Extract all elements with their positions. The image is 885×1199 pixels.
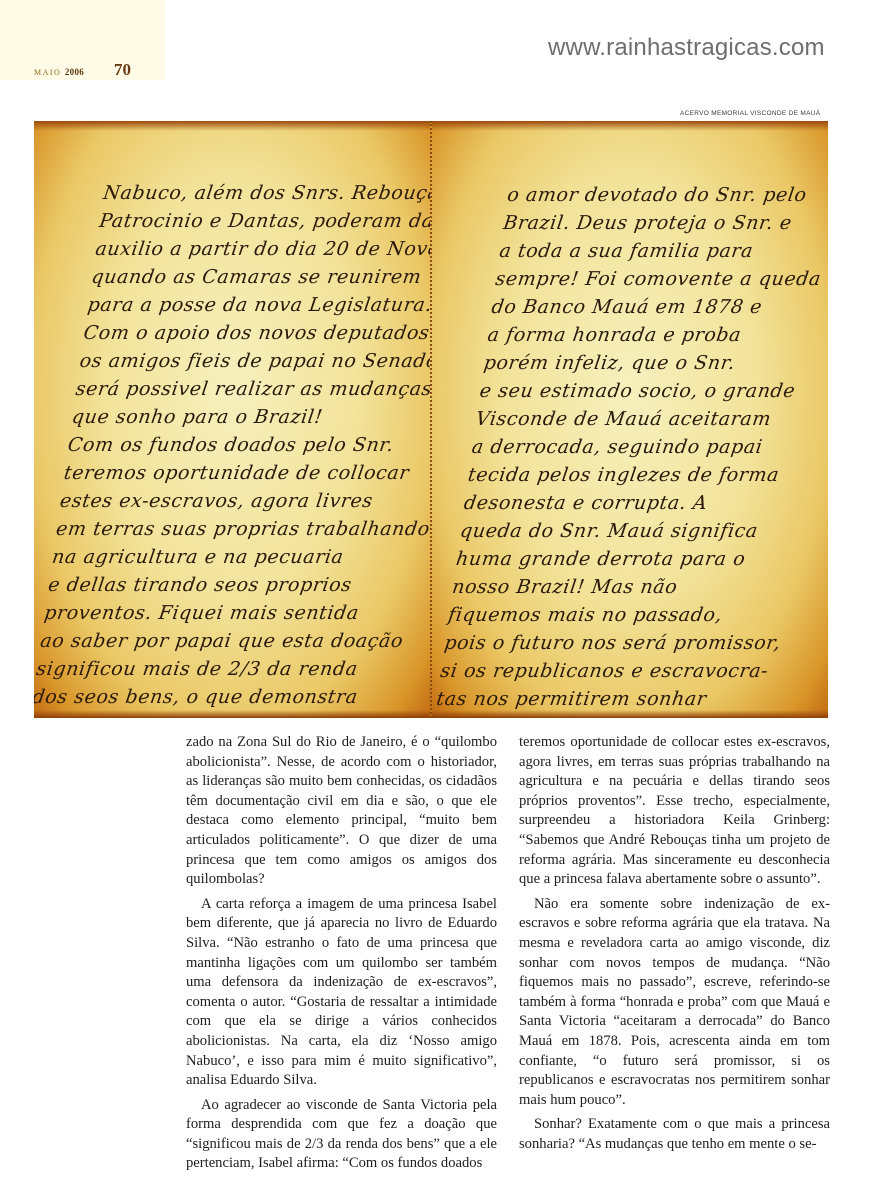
handwritten-line: Com os fundos doados pelo Snr.: [66, 431, 406, 459]
article-paragraph: zado na Zona Sul do Rio de Janeiro, é o …: [186, 733, 497, 890]
handwritten-line: Nabuco, além dos Snrs. Rebouças: [101, 179, 432, 207]
handwritten-line: queda do Snr. Mauá significa: [458, 517, 792, 545]
handwritten-line: proventos. Fiquei mais sentida: [42, 599, 382, 627]
handwritten-line: significou mais de 2/3 da renda: [35, 655, 375, 683]
letter-page-left: Nabuco, além dos Snrs. RebouçasPatrocini…: [34, 121, 432, 718]
paper-stain: [34, 121, 430, 131]
handwritten-line: e seu estimado socio, o grande: [478, 377, 812, 405]
handwritten-line: tas nos permitirem sonhar: [435, 685, 769, 713]
article-column-right: teremos oportunidade de collocar estes e…: [519, 733, 830, 1179]
handwritten-line: nosso Brazil! Mas não: [450, 573, 784, 601]
handwritten-line: e dellas tirando seos proprios: [46, 571, 386, 599]
article-paragraph: Sonhar? Exatamente com o que mais a prin…: [519, 1115, 830, 1154]
handwritten-line: a toda a sua familia para: [498, 237, 828, 265]
handwritten-line: os amigos fieis de papai no Senado: [78, 347, 418, 375]
handwritten-line: dos seos bens, o que demonstra: [34, 683, 371, 711]
handwritten-line: para a posse da nova Legislatura.: [86, 291, 426, 319]
handwritten-line: tecida pelos inglezes de forma: [466, 461, 800, 489]
handwritten-line: estes ex-escravos, agora livres: [58, 487, 398, 515]
handwritten-line: quando as Camaras se reunirem: [90, 263, 430, 291]
handwritten-line: desonesta e corrupta. A: [462, 489, 796, 517]
handwriting-left: Nabuco, além dos Snrs. RebouçasPatrocini…: [34, 179, 432, 711]
handwritten-line: em terras suas proprias trabalhando: [54, 515, 394, 543]
handwritten-line: teremos oportunidade de collocar: [62, 459, 402, 487]
handwritten-letter-image: Nabuco, além dos Snrs. RebouçasPatrocini…: [34, 121, 828, 718]
handwritten-line: Patrocinio e Dantas, poderam dar: [98, 207, 432, 235]
article-paragraph: Não era somente sobre indenização de ex-…: [519, 895, 830, 1111]
handwritten-line: ao saber por papai que esta doação: [38, 627, 378, 655]
website-watermark: www.rainhastragicas.com: [548, 34, 825, 62]
handwriting-right: o amor devotado do Snr. peloBrazil. Deus…: [435, 181, 828, 713]
paper-stain: [34, 710, 430, 718]
handwritten-line: auxilio a partir do dia 20 de Novembro: [94, 235, 432, 263]
handwritten-line: será possivel realizar as mudanças: [74, 375, 414, 403]
page-number: 70: [114, 60, 131, 80]
handwritten-line: a derrocada, seguindo papai: [470, 433, 804, 461]
photo-credit: ACERVO MEMORIAL VISCONDE DE MAUÁ: [680, 110, 820, 117]
issue-year: 2006: [65, 67, 84, 77]
handwritten-line: pois o futuro nos será promissor,: [442, 629, 776, 657]
folio: MAIO 2006 70: [34, 60, 131, 80]
handwritten-line: Brazil. Deus proteja o Snr. e: [502, 209, 828, 237]
handwritten-line: sempre! Foi comovente a queda: [494, 265, 828, 293]
letter-page-right: o amor devotado do Snr. peloBrazil. Deus…: [432, 121, 828, 718]
handwritten-line: porém infeliz, que o Snr.: [482, 349, 816, 377]
handwritten-line: Com o apoio dos novos deputados e: [82, 319, 422, 347]
article-column-left: zado na Zona Sul do Rio de Janeiro, é o …: [186, 733, 497, 1179]
handwritten-line: que sonho para o Brazil!: [70, 403, 410, 431]
issue-date: MAIO 2006: [34, 67, 84, 77]
paper-stain: [432, 710, 828, 718]
issue-month: MAIO: [34, 68, 61, 77]
handwritten-line: huma grande derrota para o: [454, 545, 788, 573]
handwritten-line: si os republicanos e escravocra-: [439, 657, 773, 685]
handwritten-line: a forma honrada e proba: [486, 321, 820, 349]
article-paragraph: teremos oportunidade de collocar estes e…: [519, 733, 830, 890]
handwritten-line: do Banco Mauá em 1878 e: [490, 293, 824, 321]
article-body: zado na Zona Sul do Rio de Janeiro, é o …: [186, 733, 830, 1179]
paper-stain: [432, 121, 828, 131]
handwritten-line: fiquemos mais no passado,: [446, 601, 780, 629]
handwritten-line: na agricultura e na pecuaria: [50, 543, 390, 571]
article-paragraph: Ao agradecer ao visconde de Santa Victor…: [186, 1096, 497, 1174]
article-paragraph: A carta reforça a imagem de uma princesa…: [186, 895, 497, 1091]
handwritten-line: Visconde de Mauá aceitaram: [474, 405, 808, 433]
handwritten-line: o amor devotado do Snr. pelo: [505, 181, 828, 209]
